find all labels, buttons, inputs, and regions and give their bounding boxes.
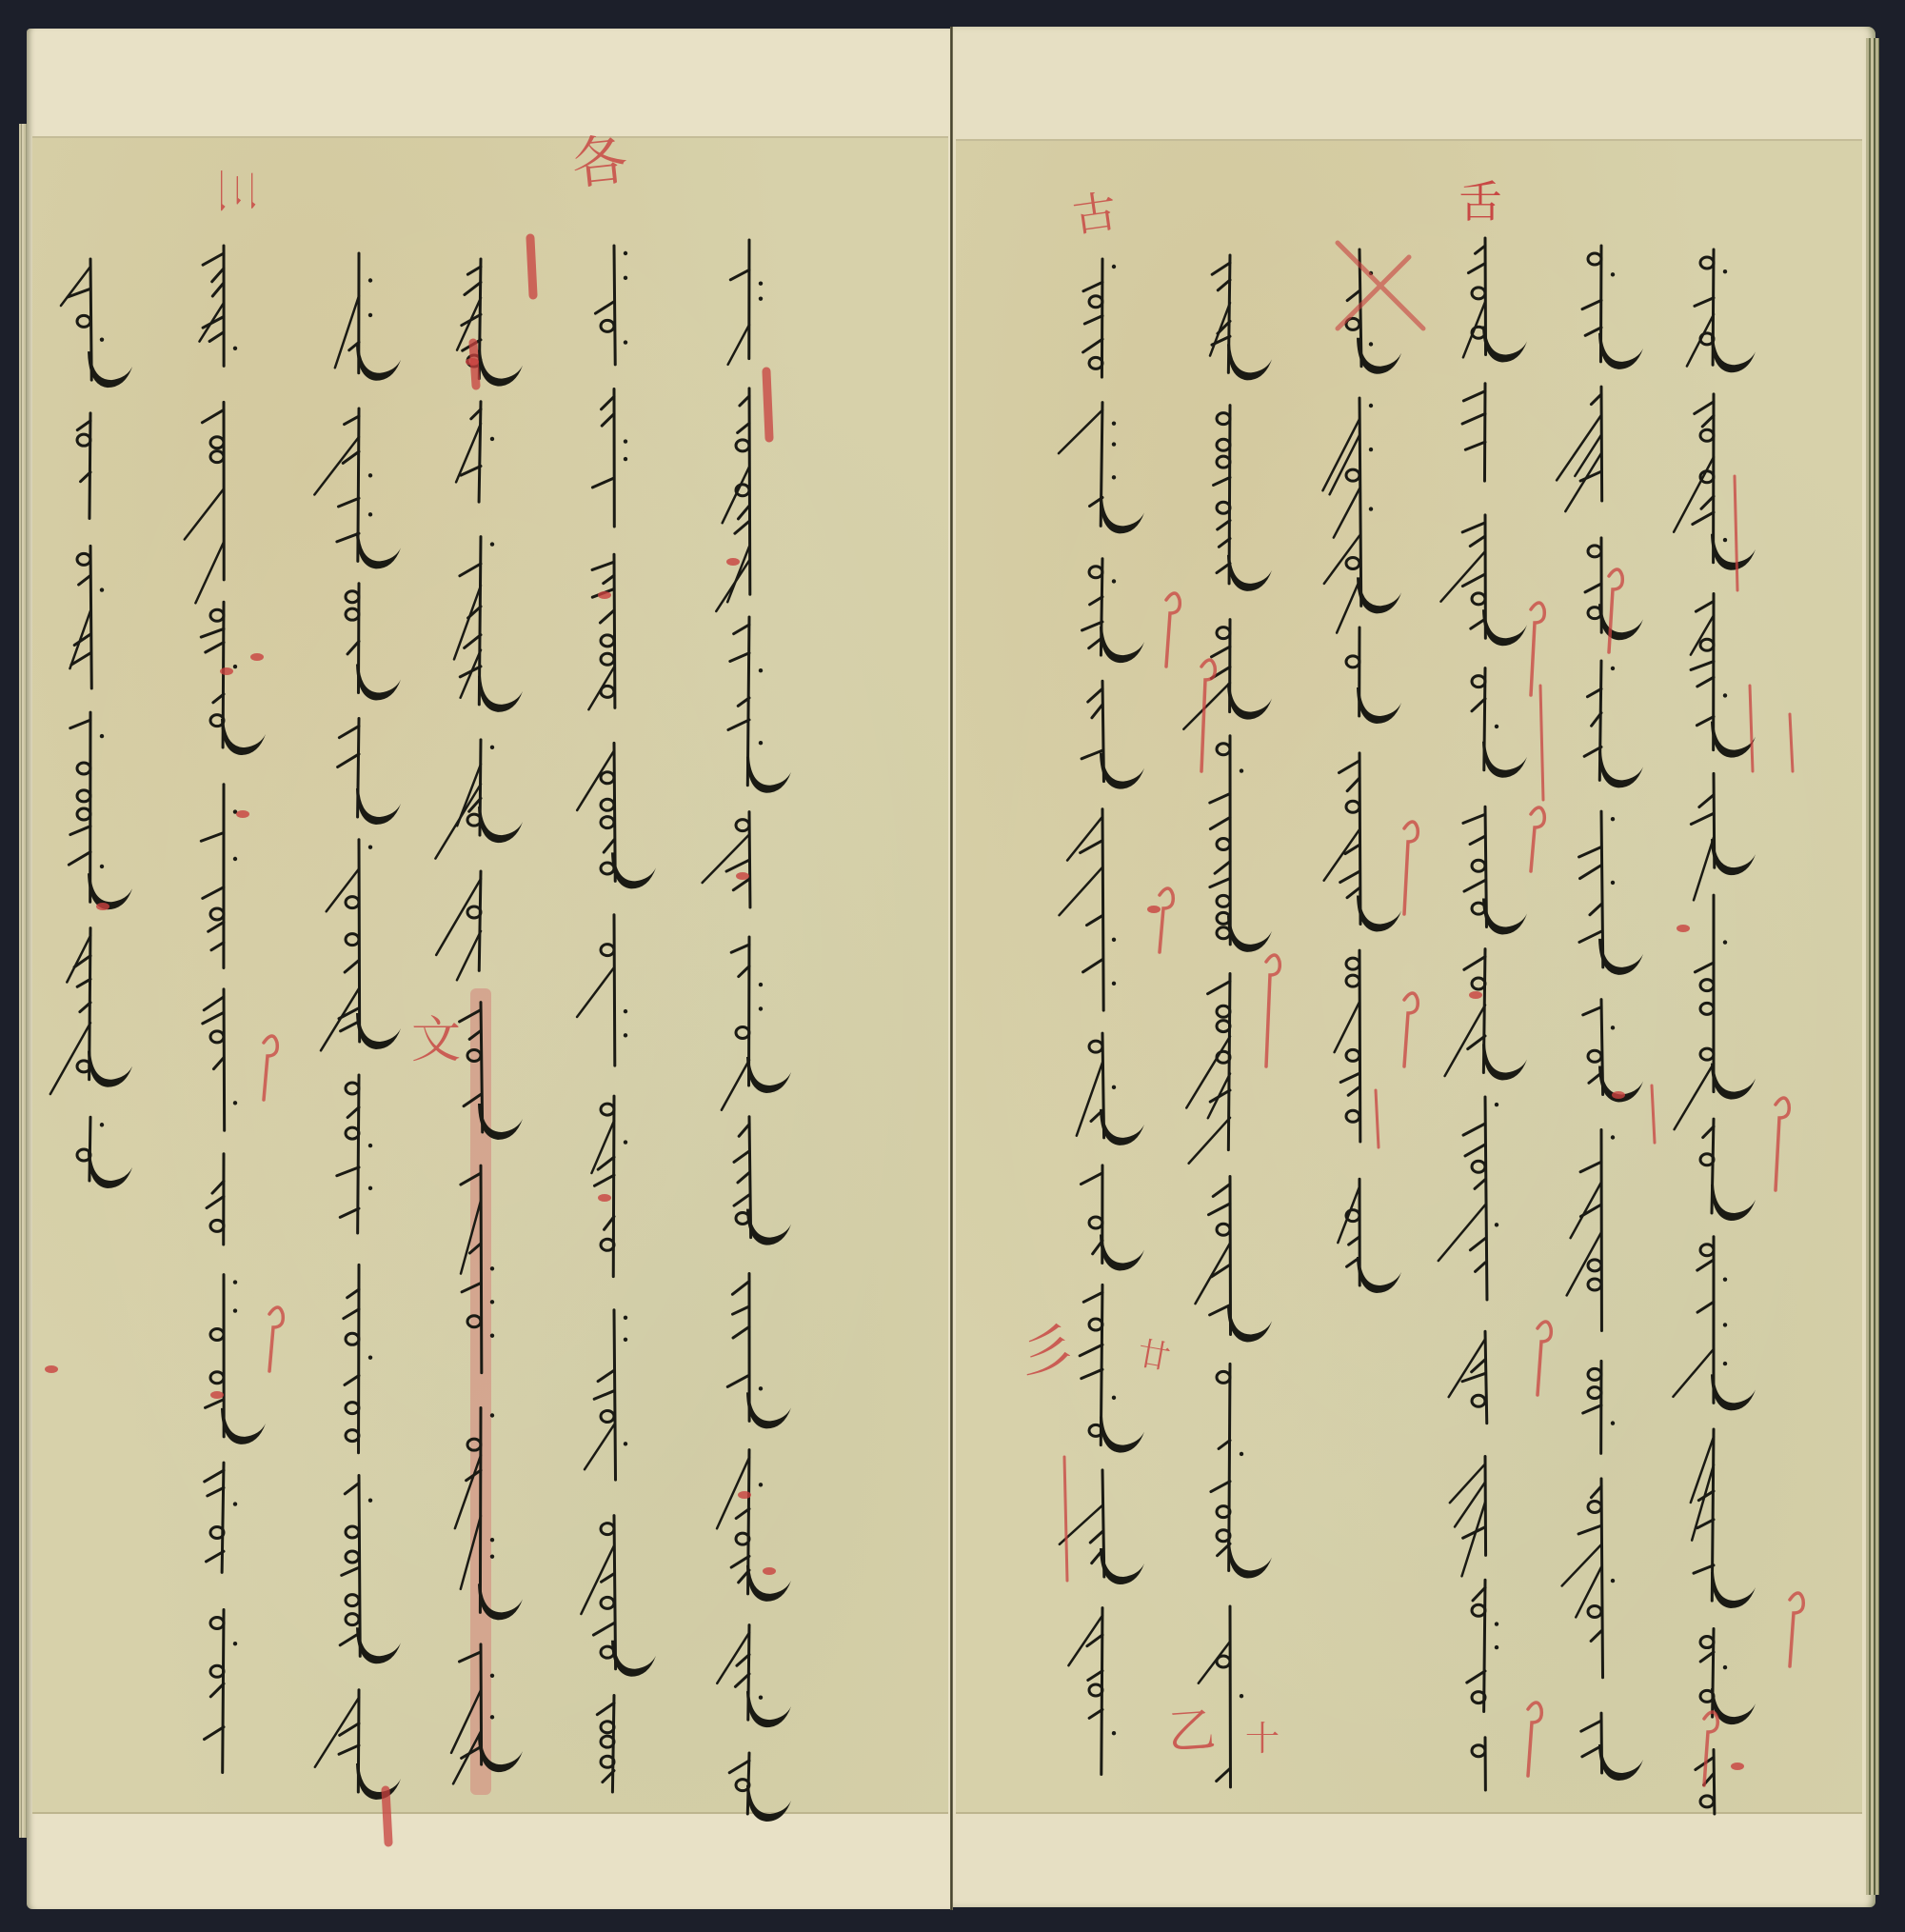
book-gutter xyxy=(950,27,953,1910)
left-page-text-panel xyxy=(32,136,948,1814)
right-page-text-panel xyxy=(956,139,1862,1814)
right-page-stack-edge xyxy=(1866,38,1879,1895)
